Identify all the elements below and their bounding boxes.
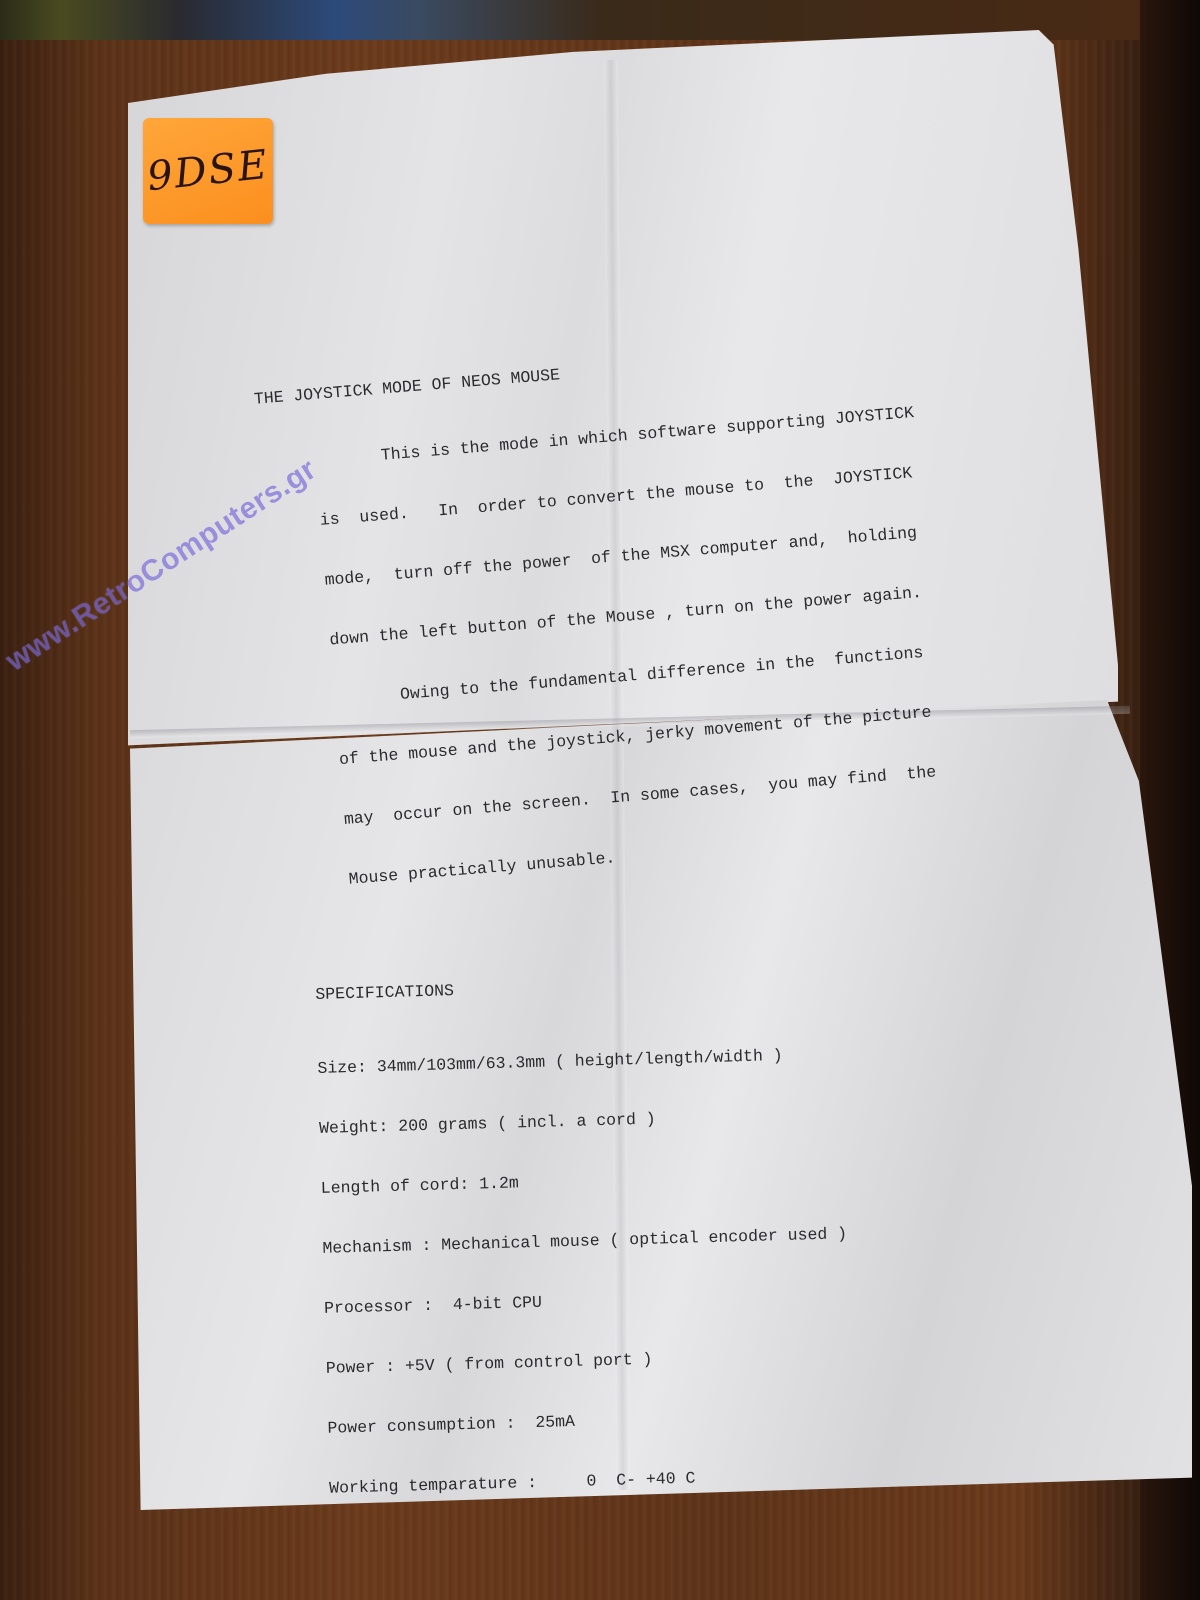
specifications-section: SPECIFICATIONS Size: 34mm/103mm/63.3mm (… (314, 930, 855, 1518)
spec-weight: Weight: 200 grams ( incl. a cord ) (319, 1104, 844, 1139)
sticker-label: 9DSE (145, 142, 271, 201)
spec-processor: Processor : 4-bit CPU (324, 1284, 849, 1319)
spec-size: Size: 34mm/103mm/63.3mm ( height/length/… (317, 1044, 842, 1079)
paragraph-line: may occur on the screen. In some cases, … (287, 762, 943, 835)
paragraph-line: of the mouse and the joystick, jerky mov… (283, 702, 939, 775)
spec-working-temperature: Working temparature : 0 C- +40 C (329, 1464, 854, 1499)
paragraph-line: is used. In order to convert the mouse t… (263, 463, 919, 536)
joystick-mode-section: THE JOYSTICK MODE OF NEOS MOUSE This is … (250, 297, 950, 914)
paragraph-line: mode, turn off the power of the MSX comp… (268, 523, 924, 596)
orange-sticker: 9DSE (143, 118, 273, 224)
paragraph-line: This is the mode in which software suppo… (259, 403, 915, 476)
spec-power: Power : +5V ( from control port ) (326, 1344, 851, 1379)
spec-power-consumption: Power consumption : 25mA (327, 1404, 852, 1439)
paragraph-line: Owing to the fundamental difference in t… (278, 642, 934, 715)
paragraph-line: down the left button of the Mouse , turn… (273, 582, 929, 655)
spec-cord-length: Length of cord: 1.2m (321, 1164, 846, 1199)
specifications-title: SPECIFICATIONS (315, 970, 840, 1005)
joystick-section-title: THE JOYSTICK MODE OF NEOS MOUSE (253, 337, 909, 410)
spec-mechanism: Mechanism : Mechanical mouse ( optical e… (322, 1224, 847, 1259)
